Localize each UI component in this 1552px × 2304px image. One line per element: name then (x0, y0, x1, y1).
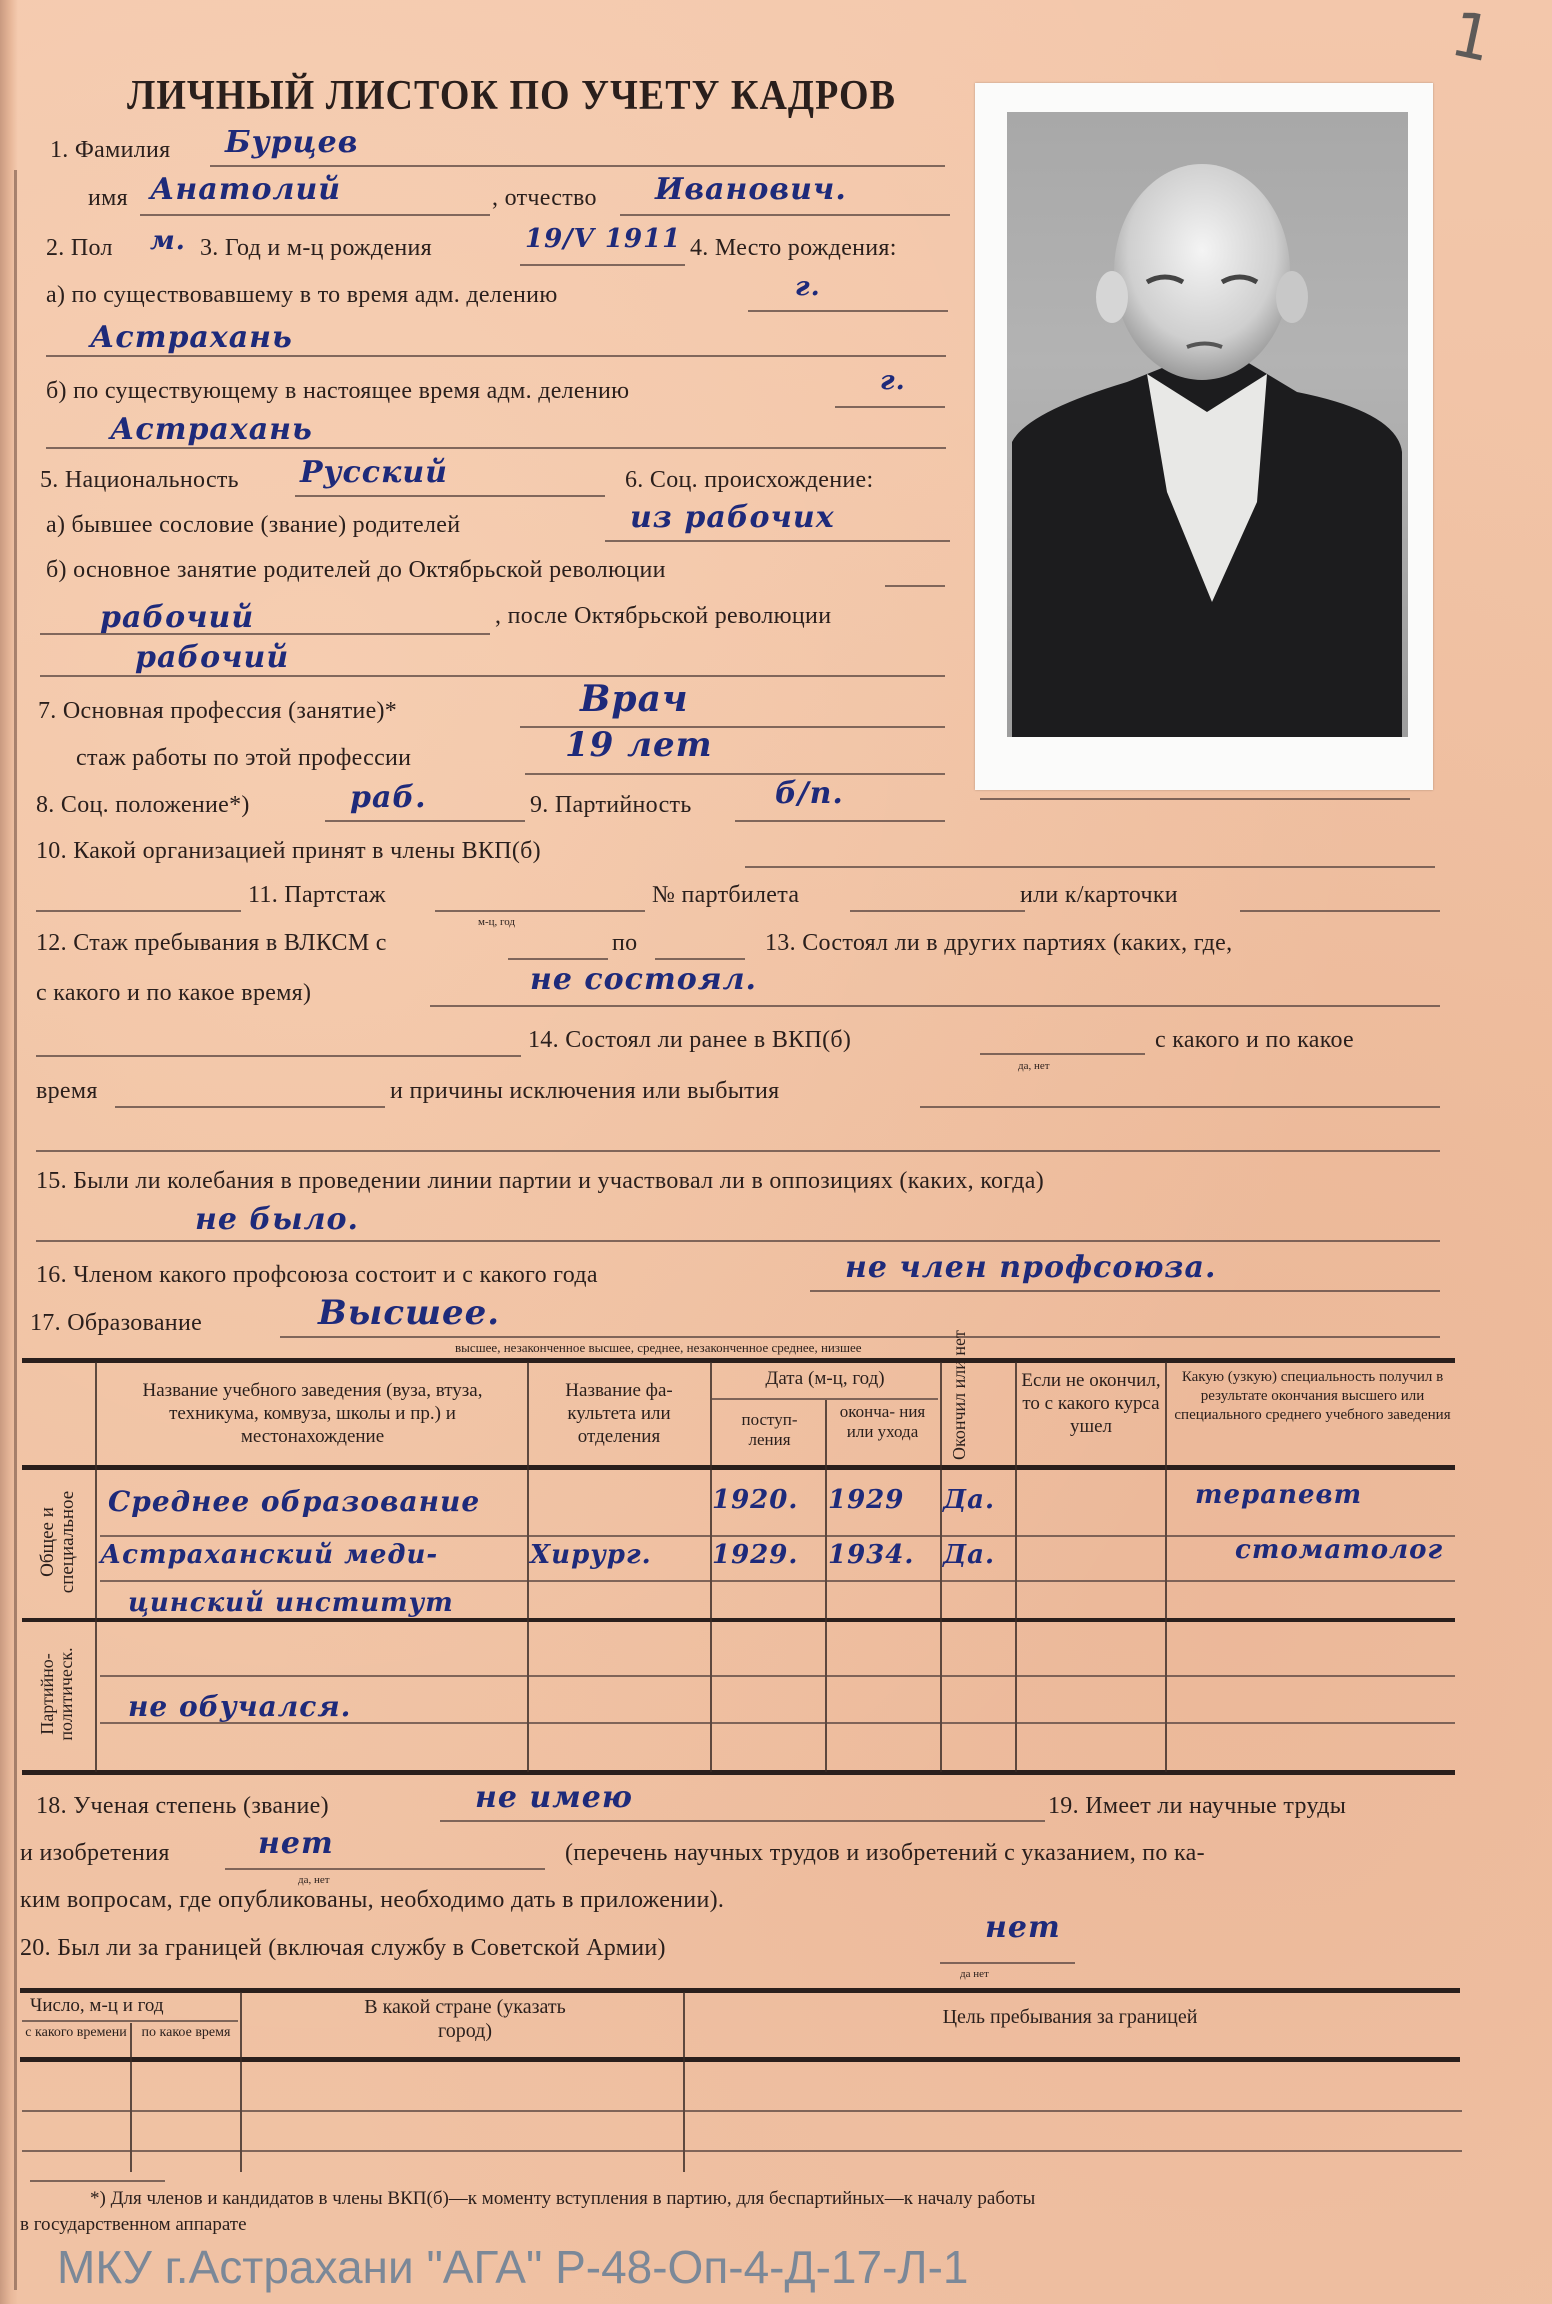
surname-label: 1. Фамилия (50, 137, 171, 164)
edu-row2-finished: 1934. (828, 1540, 914, 1570)
edu-header-completed: Окончил или нет (950, 1365, 970, 1460)
parents-occupation-before-line (885, 585, 945, 587)
edu-col-divider (95, 1362, 97, 1772)
q12-to-line (655, 958, 745, 960)
party-line (735, 820, 945, 822)
edu-header-if-not: Если не окончил, то с какого курса ушел (1020, 1370, 1162, 1438)
photo-underline (980, 798, 1410, 800)
nationality-value: Русский (300, 455, 448, 490)
q11-line (435, 910, 645, 912)
edu-row2-institution: Астраханский меди- (100, 1540, 438, 1570)
abroad-header-from: с какого времени (24, 2025, 128, 2041)
q16-label: 16. Членом какого профсоюза состоит и с … (36, 1262, 598, 1289)
q11-card2-label: или к/карточки (1020, 882, 1178, 909)
birth-date-label: 3. Год и м-ц рождения (200, 235, 432, 262)
parents-occupation-after-value: рабочий (135, 640, 289, 675)
edu-date-group-line (712, 1398, 938, 1400)
abroad-table-top-border (20, 1988, 1460, 1993)
nationality-line (295, 495, 605, 497)
q14-reason-line2 (36, 1150, 1440, 1152)
birth-place-label: 4. Место рождения: (690, 235, 897, 262)
abroad-col-divider (240, 1992, 242, 2172)
edu-row1-finished: 1929 (828, 1485, 904, 1515)
edu-row1-enrolled: 1920. (712, 1485, 798, 1515)
portrait-photo-icon (1007, 112, 1408, 737)
profession-label: 7. Основная профессия (занятие)* (38, 698, 397, 725)
footnote: *) Для членов и кандидатов в члены ВКП(б… (90, 2188, 1035, 2210)
q13-label: 13. Состоял ли в других партиях (каких, … (765, 930, 1232, 957)
social-status-label: 8. Соц. положение*) (36, 792, 250, 819)
social-status-line (325, 820, 525, 822)
q10-label: 10. Какой организацией принят в члены ВК… (36, 838, 541, 865)
edu-col-divider (527, 1362, 529, 1772)
q11-card2-line (1240, 910, 1440, 912)
abroad-header-date: Число, м-ц и год (30, 1995, 164, 2017)
birth-place-new-value: Астрахань (110, 412, 313, 447)
q16-value: не член профсоюза. (845, 1250, 1216, 1285)
q11-line-a (36, 910, 241, 912)
birth-place-new-line (835, 406, 945, 408)
q11-card-line (850, 910, 1025, 912)
q14-line-a (36, 1055, 521, 1057)
abroad-table-header-border (20, 2057, 1460, 2062)
q13-value: не состоял. (530, 962, 757, 997)
q19-value: нет (258, 1826, 334, 1861)
patronymic-line (620, 214, 950, 216)
q15-value: не было. (195, 1202, 359, 1237)
footnote-cont: в государственном аппарате (20, 2214, 247, 2236)
edu-group-political: Партийно- политическ. (38, 1623, 76, 1765)
edu-col-divider (1165, 1362, 1167, 1772)
parents-estate-value: из рабочих (630, 500, 835, 535)
edu-header-enrolled: поступ- ления (722, 1410, 817, 1451)
edu-header-faculty: Название фа- культета или отделения (530, 1380, 708, 1448)
q15-line (36, 1240, 1440, 1242)
edu-row2-specialty: стоматолог (1235, 1535, 1443, 1565)
parents-estate-label: а) бывшее сословие (звание) родителей (46, 512, 460, 539)
edu-table-group-border (22, 1618, 1455, 1622)
edu-row2-completed: Да. (943, 1540, 995, 1570)
parents-occupation-after-label: , после Октябрьской революции (495, 603, 831, 630)
birth-place-new-prefix: г. (880, 366, 906, 396)
first-name-value: Анатолий (150, 172, 341, 207)
profession-experience-line (525, 773, 945, 775)
q13-line (430, 1005, 1440, 1007)
edu-col-divider (940, 1362, 942, 1772)
edu-header-finished: оконча- ния или ухода (830, 1402, 935, 1443)
q18-line (440, 1820, 1045, 1822)
profession-experience-label: стаж работы по этой профессии (76, 745, 411, 772)
edu-col-divider (1015, 1362, 1017, 1772)
q14-label4: и причины исключения или выбытия (390, 1078, 779, 1105)
q18-value: не имею (475, 1780, 633, 1815)
edu-table-bottom-border (22, 1770, 1455, 1775)
parents-estate-line (605, 540, 950, 542)
parents-occupation-after-line (40, 675, 945, 677)
q14-label2: с какого и по какое (1155, 1027, 1354, 1054)
q15-label: 15. Были ли колебания в проведении линии… (36, 1168, 1044, 1195)
form-title: ЛИЧНЫЙ ЛИСТОК ПО УЧЕТУ КАДРОВ (127, 72, 896, 120)
abroad-header-to: по какое время (134, 2025, 238, 2041)
edu-row1-institution: Среднее образование (108, 1485, 480, 1518)
q14-label3: время (36, 1078, 98, 1105)
party-value: б/п. (775, 776, 844, 811)
q20-hint: да нет (960, 1968, 989, 1980)
q20-line (940, 1962, 1075, 1964)
profession-value: Врач (580, 678, 689, 720)
abroad-col-divider (683, 1992, 685, 2172)
q14-time-line (115, 1106, 385, 1108)
q18-label: 18. Ученая степень (звание) (36, 1793, 329, 1820)
q19-line (225, 1868, 545, 1870)
edu-table-header-border (22, 1465, 1455, 1470)
q11-card-label: № партбилета (652, 882, 799, 909)
surname-line (210, 165, 945, 167)
q19-label2: и изобретения (20, 1840, 170, 1867)
abroad-row-line (22, 2150, 1462, 2152)
edu-header-date: Дата (м-ц, год) (712, 1368, 938, 1391)
q16-line (810, 1290, 1440, 1292)
birth-place-new-line2 (46, 447, 946, 449)
footnote-rule (30, 2180, 165, 2182)
birth-place-old-line2 (46, 355, 946, 357)
birth-place-new-label: б) по существующему в настоящее время ад… (46, 378, 629, 405)
birth-place-old-line (748, 310, 948, 312)
parents-occupation-before-label: б) основное занятие родителей до Октябрь… (46, 557, 666, 584)
birth-date-line (520, 264, 685, 266)
sex-value: м. (150, 226, 186, 256)
q14-hint: да, нет (1018, 1060, 1050, 1072)
birth-place-old-prefix: г. (795, 272, 821, 302)
abroad-date-group-line (22, 2020, 238, 2022)
abroad-header-country: В какой стране (указать город) (355, 1995, 575, 2043)
edu-political-row1-institution: не обучался. (128, 1690, 351, 1723)
q10-line (745, 866, 1435, 868)
portrait-photo (1007, 112, 1408, 737)
q12-from-line (508, 958, 608, 960)
q14-label: 14. Состоял ли ранее в ВКП(б) (528, 1027, 851, 1054)
q20-label: 20. Был ли за границей (включая службу в… (20, 1935, 666, 1962)
q12-to-label: по (612, 930, 637, 957)
q19-label: 19. Имеет ли научные труды (1048, 1793, 1346, 1820)
q19-note2: ким вопросам, где опубликованы, необходи… (20, 1887, 724, 1914)
archive-reference-watermark: МКУ г.Астрахани "АГА" Р-48-Оп-4-Д-17-Л-1 (57, 2240, 969, 2294)
edu-group-general: Общее и специальное (38, 1472, 78, 1612)
profession-experience-value: 19 лет (565, 725, 713, 765)
edu-row-line (100, 1580, 1455, 1582)
nationality-label: 5. Национальность (40, 467, 239, 494)
birth-place-old-label: а) по существовавшему в то время адм. де… (46, 282, 558, 309)
binding-line (14, 170, 17, 2290)
edu-col-divider (825, 1400, 827, 1772)
surname-value: Бурцев (225, 125, 358, 160)
social-origin-label: 6. Соц. происхождение: (625, 467, 873, 494)
edu-row3-institution: цинский институт (128, 1588, 454, 1618)
q17-hint: высшее, незаконченное высшее, среднее, н… (455, 1340, 862, 1356)
edu-header-institution: Название учебного заведения (вуза, втуза… (100, 1380, 525, 1448)
abroad-header-purpose: Цель пребывания за границей (860, 2005, 1280, 2029)
q11-hint: м-ц, год (478, 916, 515, 928)
sex-label: 2. Пол (46, 235, 113, 262)
patronymic-label: , отчество (492, 185, 597, 212)
q14-line (980, 1053, 1145, 1055)
q11-label: 11. Партстаж (248, 882, 386, 909)
edu-row1-specialty: терапевт (1195, 1480, 1362, 1510)
q20-value: нет (985, 1910, 1061, 1945)
q17-value: Высшее. (318, 1293, 500, 1333)
abroad-row-line (22, 2110, 1462, 2112)
edu-table-top-border (22, 1358, 1455, 1363)
q19-hint: да, нет (298, 1874, 330, 1886)
birth-place-old-value: Астрахань (90, 320, 293, 355)
q17-line (280, 1336, 1440, 1338)
edu-header-specialty: Какую (узкую) специальность получил в ре… (1170, 1368, 1455, 1424)
edu-row1-completed: Да. (943, 1485, 995, 1515)
party-label: 9. Партийность (530, 792, 692, 819)
q17-label: 17. Образование (30, 1310, 202, 1337)
q13-label2: с какого и по какое время) (36, 980, 311, 1007)
edu-row-line (100, 1675, 1455, 1677)
patronymic-value: Иванович. (655, 172, 847, 207)
q19-note: (перечень научных трудов и изобретений с… (565, 1840, 1205, 1867)
first-name-label: имя (88, 185, 128, 212)
parents-occupation-before-value: рабочий (100, 600, 254, 635)
q12-label: 12. Стаж пребывания в ВЛКСМ с (36, 930, 387, 957)
first-name-line (140, 214, 490, 216)
birth-date-value: 19/V 1911 (525, 224, 681, 254)
edu-row2-faculty: Хирург. (530, 1540, 652, 1570)
q14-reason-line (920, 1106, 1440, 1108)
parents-occupation-before-line2 (40, 633, 490, 635)
social-status-value: раб. (350, 780, 427, 815)
edu-row2-enrolled: 1929. (712, 1540, 798, 1570)
